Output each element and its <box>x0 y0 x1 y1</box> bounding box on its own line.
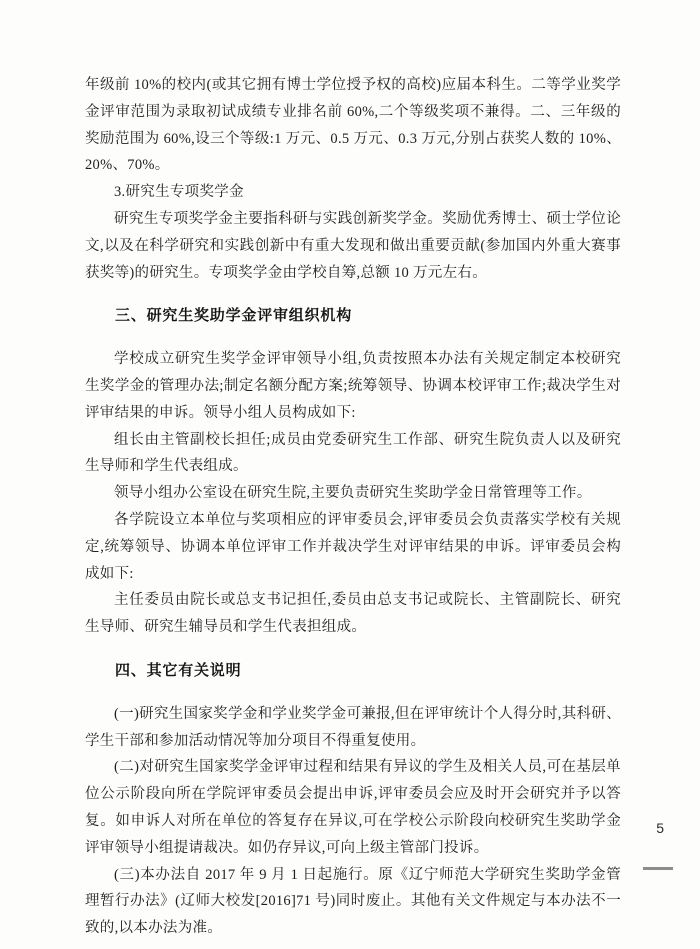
paragraph: (二)对研究生国家奖学金评审过程和结果有异议的学生及相关人员,可在基层单位公示阶… <box>85 754 621 861</box>
paragraph: 各学院设立本单位与奖项相应的评审委员会,评审委员会负责落实学校有关规定,统筹领导… <box>85 507 621 587</box>
paragraph: 学校成立研究生奖学金评审领导小组,负责按照本办法有关规定制定本校研究生奖学金的管… <box>85 346 621 426</box>
paragraph: 3.研究生专项奖学金 <box>85 179 621 206</box>
paragraph: 年级前 10%的校内(或其它拥有博士学位授予权的高校)应届本科生。二等学业奖学金… <box>85 72 621 179</box>
paragraph: 组长由主管副校长担任;成员由党委研究生工作部、研究生院负责人以及研究生导师和学生… <box>85 427 621 481</box>
paragraph: 领导小组办公室设在研究生院,主要负责研究生奖助学金日常管理等工作。 <box>85 480 621 507</box>
paragraph: (一)研究生国家奖学金和学业奖学金可兼报,但在评审统计个人得分时,其科研、学生干… <box>85 701 621 755</box>
paragraph: 研究生专项奖学金主要指科研与实践创新奖学金。奖励优秀博士、硕士学位论文,以及在科… <box>85 206 621 286</box>
page-number: 5 <box>656 820 664 836</box>
section-heading-3: 三、研究生奖助学金评审组织机构 <box>85 303 621 330</box>
document-page: 年级前 10%的校内(或其它拥有博士学位授予权的高校)应届本科生。二等学业奖学金… <box>0 0 700 949</box>
paragraph: 主任委员由院长或总支书记担任,委员由总支书记或院长、主管副院长、研究生导师、研究… <box>85 587 621 641</box>
paragraph: (三)本办法自 2017 年 9 月 1 日起施行。原《辽宁师范大学研究生奖助学… <box>85 862 621 942</box>
document-body: 年级前 10%的校内(或其它拥有博士学位授予权的高校)应届本科生。二等学业奖学金… <box>85 72 621 942</box>
page-footer-rule <box>643 867 673 870</box>
section-heading-4: 四、其它有关说明 <box>85 658 621 685</box>
